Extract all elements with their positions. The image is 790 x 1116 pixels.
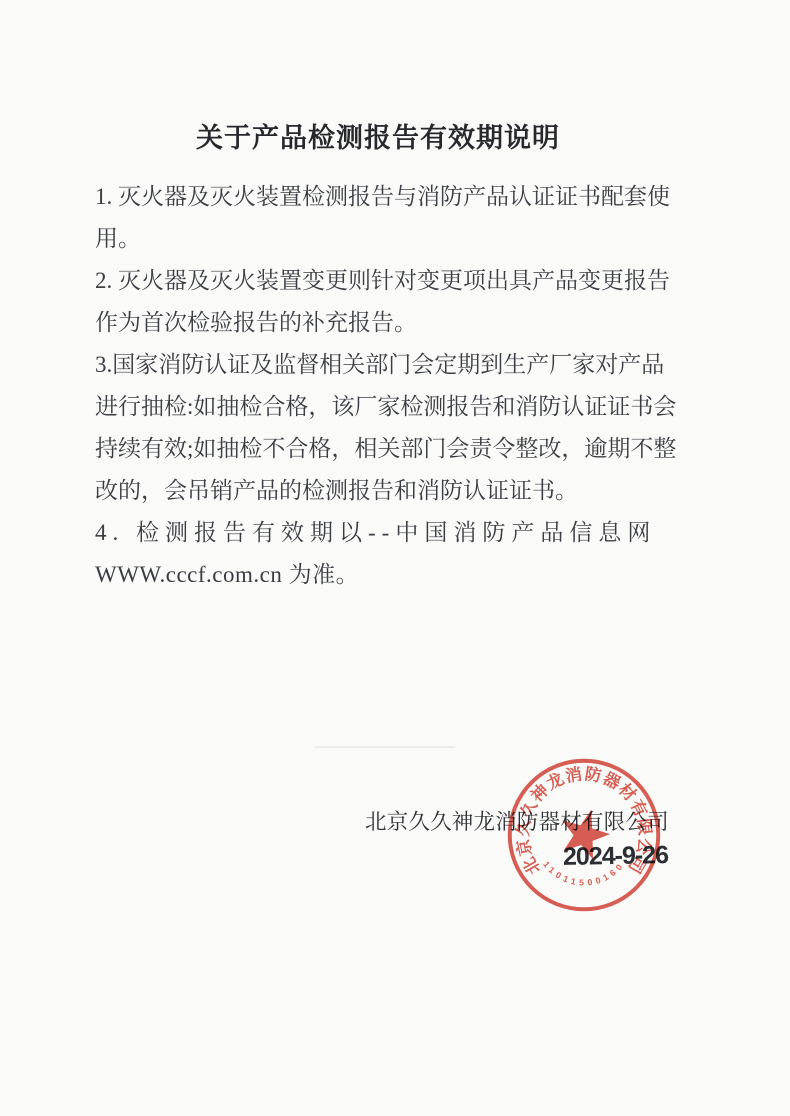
body-line-3: 2. 灭火器及灭火装置变更则针对变更项出具产品变更报告	[95, 260, 673, 302]
page-title: 关于产品检测报告有效期说明	[95, 116, 661, 155]
body-line-2: 用。	[95, 218, 673, 260]
scan-artifact-line	[315, 746, 455, 748]
body-line-1: 1. 灭火器及灭火装置检测报告与消防产品认证证书配套使	[95, 176, 673, 218]
body-line-6: 进行抽检:如抽检合格，该厂家检测报告和消防认证证书会	[95, 386, 673, 428]
body-line-5: 3.国家消防认证及监督相关部门会定期到生产厂家对产品	[95, 344, 673, 386]
document-body: 1. 灭火器及灭火装置检测报告与消防产品认证证书配套使 用。 2. 灭火器及灭火…	[95, 176, 673, 596]
document-page: 关于产品检测报告有效期说明 1. 灭火器及灭火装置检测报告与消防产品认证证书配套…	[0, 0, 790, 1116]
seal-star-icon	[554, 803, 615, 862]
seal-ink: 北京久久神龙消防器材有限公司 11011500160	[510, 761, 659, 910]
body-line-10-website: WWW.cccf.com.cn 为准。	[95, 554, 673, 596]
body-line-4: 作为首次检验报告的补充报告。	[95, 302, 673, 344]
body-line-9: 4. 检测报告有效期以--中国消防产品信息网	[95, 512, 673, 554]
seal-number-arc-text: 11011500160	[541, 859, 627, 887]
company-seal-stamp: 北京久久神龙消防器材有限公司 11011500160	[505, 756, 663, 914]
body-line-8: 改的，会吊销产品的检测报告和消防认证证书。	[95, 470, 673, 512]
body-line-7: 持续有效;如抽检不合格，相关部门会责令整改，逾期不整	[95, 428, 673, 470]
